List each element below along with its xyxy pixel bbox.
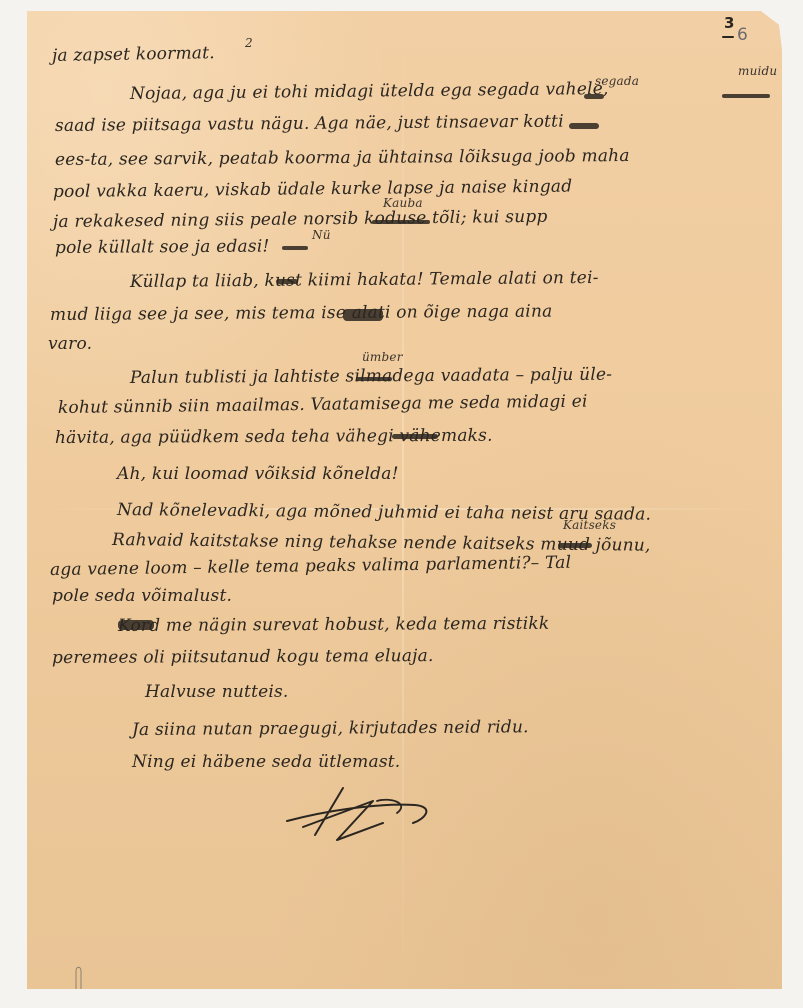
manuscript-line: ja zapset koormat. xyxy=(52,43,215,66)
manuscript-line: peremees oli piitsutanud kogu tema eluaj… xyxy=(52,646,434,668)
strikethrough xyxy=(392,434,438,439)
inserted-word-muidu: muidu xyxy=(738,64,777,78)
strikethrough xyxy=(722,94,770,98)
manuscript-line: Ah, kui loomad võiksid kõnelda! xyxy=(117,464,399,484)
scribble-out xyxy=(343,309,383,321)
page-number-main: 3 xyxy=(724,14,734,32)
manuscript-line: mud liiga see ja see, mis tema ise alati… xyxy=(50,301,553,325)
footnote-marker: 2 xyxy=(245,36,253,50)
inserted-word-kaitseks: Kaitseks xyxy=(563,518,616,532)
manuscript-line: pole seda võimalust. xyxy=(52,586,232,606)
inserted-word-nu: Nü xyxy=(312,228,331,242)
page-number-pencil: 6 xyxy=(737,25,748,45)
pencil-mark xyxy=(74,965,84,991)
signature xyxy=(285,783,435,843)
inserted-word-umber: ümber xyxy=(362,350,403,364)
strikethrough xyxy=(276,279,298,284)
manuscript-line: Ja siina nutan praegugi, kirjutades neid… xyxy=(132,717,529,740)
strikethrough xyxy=(569,123,599,129)
manuscript-line: Halvuse nutteis. xyxy=(145,682,289,702)
manuscript-line: Kord me nägin surevat hobust, keda tema … xyxy=(118,614,549,636)
scanned-page: 3 6 ja zapset koormat. 2 segada muidu No… xyxy=(0,0,803,1008)
manuscript-line: Küllap ta liiab, kust kiimi hakata! Tema… xyxy=(130,268,599,292)
manuscript-line: Ning ei häbene seda ütlemast. xyxy=(132,752,400,772)
page-number-underline xyxy=(722,36,734,38)
manuscript-line: varo. xyxy=(48,334,92,354)
manuscript-line: pole küllalt soe ja edasi! xyxy=(55,237,270,258)
strikethrough xyxy=(282,246,308,250)
manuscript-line: Palun tublisti ja lahtiste silmadega vaa… xyxy=(130,365,612,388)
manuscript-line: ees-ta, see sarvik, peatab koorma ja üht… xyxy=(55,146,630,170)
